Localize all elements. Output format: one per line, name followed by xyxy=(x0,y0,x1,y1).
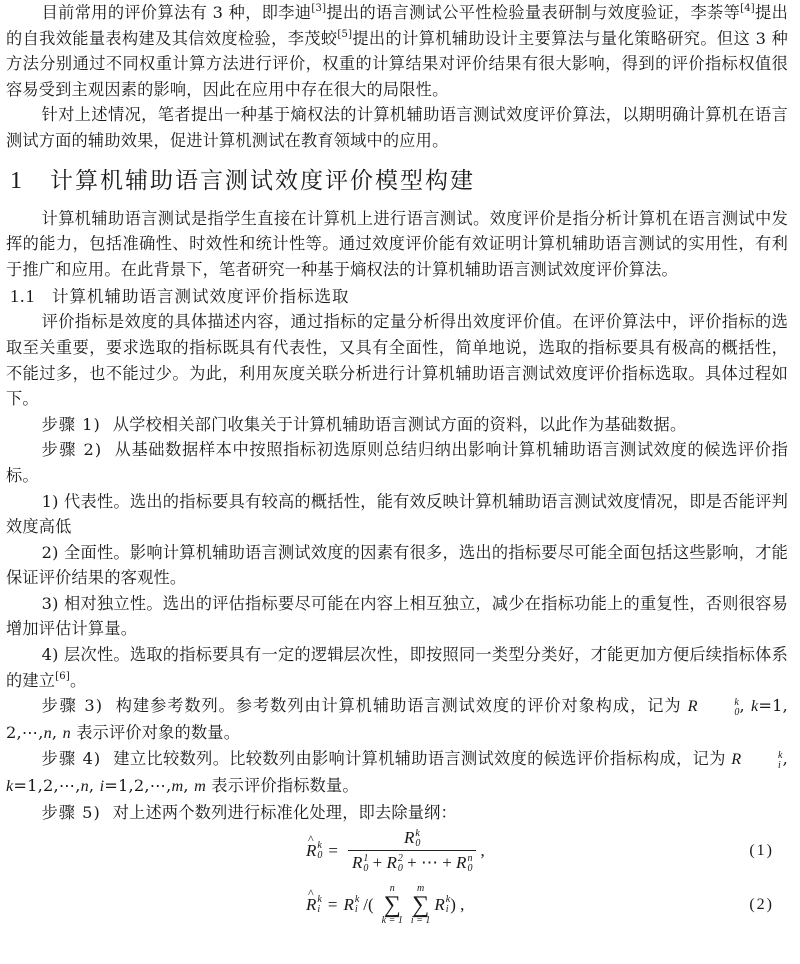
math-inline: Rk0 xyxy=(688,697,740,715)
step-text: 从学校相关部门收集关于计算机辅助语言测试方面的资料，以此作为基础数据。 xyxy=(113,415,687,434)
citation: [4] xyxy=(740,3,755,14)
step-label: 步骤 2) xyxy=(42,440,103,459)
step-label: 步骤 1) xyxy=(42,415,101,434)
citation: [3] xyxy=(311,3,326,14)
text: 4) 层次性。选取的指标要具有一定的逻辑层次性，即按照同一类型分类好，才能更加方… xyxy=(6,645,788,690)
step-text: 对上述两个数列进行标准化处理，即去除量纲： xyxy=(113,803,457,822)
step-text: 表示评价指标数量。 xyxy=(211,776,359,795)
criterion-3: 3) 相对独立性。选出的评估指标要尽可能在内容上相互独立，减少在指标功能上的重复… xyxy=(6,591,788,642)
equation-2-body: Rki = Rki /( n∑k = 1 m∑i = 1 Rki) , xyxy=(306,877,464,933)
text: 提出的语言测试公平性检验量表研制与效度验证，李荼等 xyxy=(326,3,740,22)
section-1-1-heading: 1.1 计算机辅助语言测试效度评价指标选取 xyxy=(6,284,788,309)
step-label: 步骤 4) xyxy=(42,749,102,768)
step-2: 步骤 2)从基础数据样本中按照指标初选原则总结归纳出影响计算机辅助语言测试效度的… xyxy=(6,437,788,488)
step-label: 步骤 3) xyxy=(42,696,103,715)
text: 。 xyxy=(70,671,86,690)
section-number: 1 xyxy=(6,166,50,196)
equation-1-body: Rk0 = Rk0 R10 + R20 + ⋯ + Rn0 , xyxy=(306,825,485,877)
step-5: 步骤 5)对上述两个数列进行标准化处理，即去除量纲： xyxy=(6,800,788,826)
intro-paragraph-1: 目前常用的评价算法有 3 种，即李迪[3]提出的语言测试公平性检验量表研制与效度… xyxy=(6,0,788,102)
step-text: 建立比较数列。比较数列由影响计算机辅助语言测试效度的候选评价指标构成，记为 xyxy=(113,749,726,768)
citation: [6] xyxy=(55,671,70,682)
step-1: 步骤 1)从学校相关部门收集关于计算机辅助语言测试方面的资料，以此作为基础数据。 xyxy=(6,412,788,438)
section-1-1-paragraph: 评价指标是效度的具体描述内容，通过指标的定量分析得出效度评价值。在评价算法中，评… xyxy=(6,309,788,411)
step-text: 构建参考数列。参考数列由计算机辅助语言测试效度的评价对象构成，记为 xyxy=(115,696,681,715)
step-label: 步骤 5) xyxy=(42,803,101,822)
step-text: 从基础数据样本中按照指标初选原则总结归纳出影响计算机辅助语言测试效度的候选评价指… xyxy=(6,440,788,485)
section-1-heading: 1 计算机辅助语言测试效度评价模型构建 xyxy=(6,166,788,196)
criterion-4: 4) 层次性。选取的指标要具有一定的逻辑层次性，即按照同一类型分类好，才能更加方… xyxy=(6,642,788,693)
criterion-1: 1) 代表性。选出的指标要具有较高的概括性，能有效反映计算机辅助语言测试效度情况… xyxy=(6,489,788,540)
subsection-number: 1.1 xyxy=(6,284,52,308)
math-inline: Rki xyxy=(731,750,782,768)
paper-page: 目前常用的评价算法有 3 种，即李迪[3]提出的语言测试公平性检验量表研制与效度… xyxy=(0,0,800,964)
step-4: 步骤 4)建立比较数列。比较数列由影响计算机辅助语言测试效度的候选评价指标构成，… xyxy=(6,746,788,799)
section-title: 计算机辅助语言测试效度评价模型构建 xyxy=(50,166,475,196)
step-3: 步骤 3)构建参考数列。参考数列由计算机辅助语言测试效度的评价对象构成，记为 R… xyxy=(6,693,788,746)
criterion-2: 2) 全面性。影响计算机辅助语言测试效度的因素有很多，选出的指标要尽可能全面包括… xyxy=(6,540,788,591)
equation-number: (2) xyxy=(749,896,774,914)
equation-1: Rk0 = Rk0 R10 + R20 + ⋯ + Rn0 , (1) xyxy=(6,825,788,877)
math-inline: k xyxy=(751,697,758,715)
equation-2: Rki = Rki /( n∑k = 1 m∑i = 1 Rki) , (2) xyxy=(6,877,788,933)
text: 目前常用的评价算法有 3 种，即李迪 xyxy=(42,3,312,22)
intro-paragraph-2: 针对上述情况，笔者提出一种基于熵权法的计算机辅助语言测试效度评价算法，以期明确计… xyxy=(6,102,788,153)
step-text: 表示评价对象的数量。 xyxy=(76,723,240,742)
subsection-title: 计算机辅助语言测试效度评价指标选取 xyxy=(52,285,350,309)
citation: [5] xyxy=(337,29,352,40)
equation-number: (1) xyxy=(749,842,774,860)
section-1-paragraph: 计算机辅助语言测试是指学生直接在计算机上进行语言测试。效度评价是指分析计算机在语… xyxy=(6,206,788,283)
